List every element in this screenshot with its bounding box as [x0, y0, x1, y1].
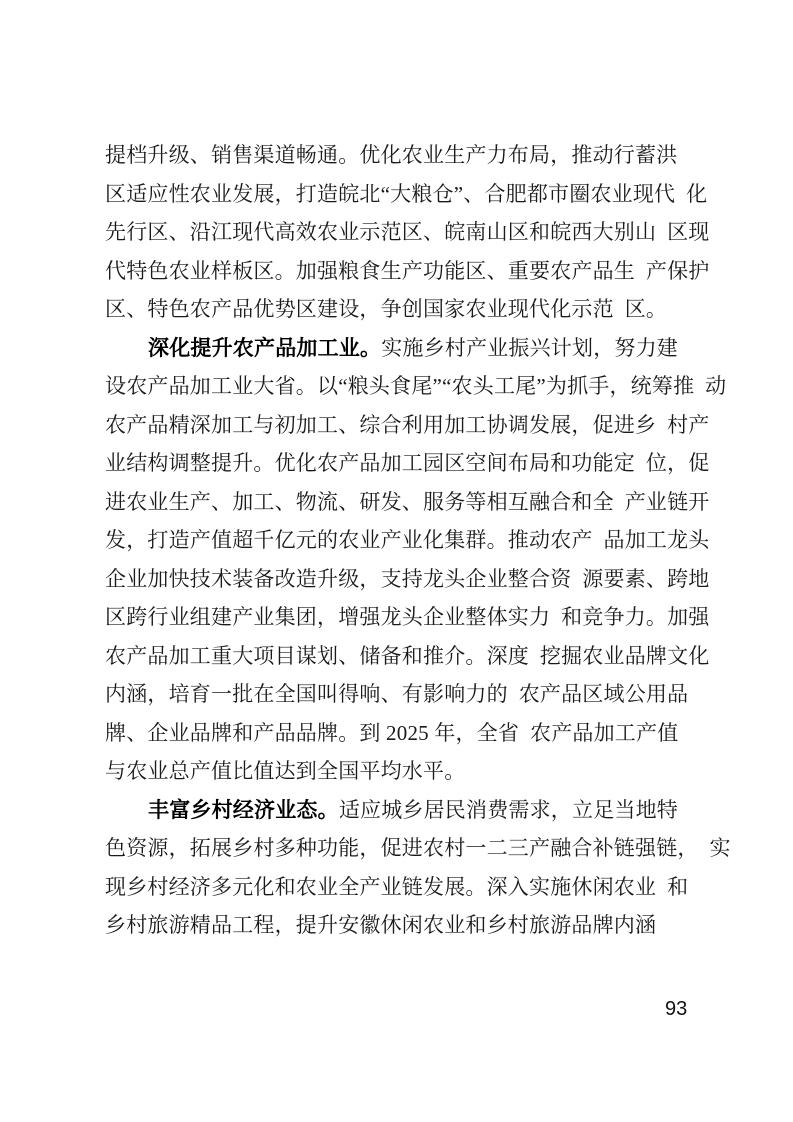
text-line: 先行区、沿江现代高效农业示范区、皖南山区和皖西大别山 区现: [105, 213, 705, 252]
text-line: 发，打造产值超千亿元的农业产业化集群。推动农产 品加工龙头: [105, 521, 705, 560]
document-page: 提档升级、销售渠道畅通。优化农业生产力布局，推动行蓄洪 区适应性农业发展，打造皖…: [0, 0, 793, 1122]
text-line: 农产品加工重大项目谋划、储备和推介。深度 挖掘农业品牌文化: [105, 637, 705, 676]
text-line: 深化提升农产品加工业。实施乡村产业振兴计划，努力建: [105, 329, 705, 368]
text-line: 牌、企业品牌和产品品牌。到 2025 年，全省 农产品加工产值: [105, 714, 705, 753]
text-line: 代特色农业样板区。加强粮食生产功能区、重要农产品生 产保护: [105, 252, 705, 291]
text-run: 实施乡村产业振兴计划，努力建: [381, 336, 678, 360]
text-line: 进农业生产、加工、物流、研发、服务等相互融合和全 产业链开: [105, 483, 705, 522]
text-line: 农产品精深加工与初加工、综合利用加工协调发展，促进乡 村产: [105, 406, 705, 445]
text-line: 区跨行业组建产业集团，增强龙头企业整体实力 和竞争力。加强: [105, 598, 705, 637]
text-line: 提档升级、销售渠道畅通。优化农业生产力布局，推动行蓄洪: [105, 136, 705, 175]
text-line: 区、特色农产品优势区建设，争创国家农业现代化示范 区。: [105, 290, 705, 329]
text-line: 内涵，培育一批在全国叫得响、有影响力的 农产品区域公用品: [105, 675, 705, 714]
paragraph-2: 深化提升农产品加工业。实施乡村产业振兴计划，努力建 设农产品加工业大省。以“粮头…: [105, 329, 705, 791]
text-line: 设农产品加工业大省。以“粮头食尾”“农头工尾”为抓手，统筹推 动: [105, 367, 705, 406]
paragraph-3: 丰富乡村经济业态。适应城乡居民消费需求，立足当地特 色资源，拓展乡村多种功能，促…: [105, 791, 705, 945]
paragraph-1: 提档升级、销售渠道畅通。优化农业生产力布局，推动行蓄洪 区适应性农业发展，打造皖…: [105, 136, 705, 329]
text-line: 丰富乡村经济业态。适应城乡居民消费需求，立足当地特: [105, 791, 705, 830]
paragraph-lead: 深化提升农产品加工业。: [148, 336, 381, 360]
text-line: 现乡村经济多元化和农业全产业链发展。深入实施休闲农业 和: [105, 868, 705, 907]
text-line: 区适应性农业发展，打造皖北“大粮仓”、合肥都市圈农业现代 化: [105, 175, 705, 214]
text-line: 乡村旅游精品工程，提升安徽休闲农业和乡村旅游品牌内涵: [105, 906, 705, 945]
text-line: 企业加快技术装备改造升级，支持龙头企业整合资 源要素、跨地: [105, 560, 705, 599]
text-line: 色资源，拓展乡村多种功能，促进农村一二三产融合补链强链， 实: [105, 829, 705, 868]
page-number: 93: [665, 996, 687, 1022]
text-line: 与农业总产值比值达到全国平均水平。: [105, 752, 705, 791]
body-text: 提档升级、销售渠道畅通。优化农业生产力布局，推动行蓄洪 区适应性农业发展，打造皖…: [105, 136, 705, 945]
paragraph-lead: 丰富乡村经济业态。: [148, 798, 339, 822]
text-run: 适应城乡居民消费需求，立足当地特: [339, 798, 678, 822]
text-line: 业结构调整提升。优化农产品加工园区空间布局和功能定 位，促: [105, 444, 705, 483]
